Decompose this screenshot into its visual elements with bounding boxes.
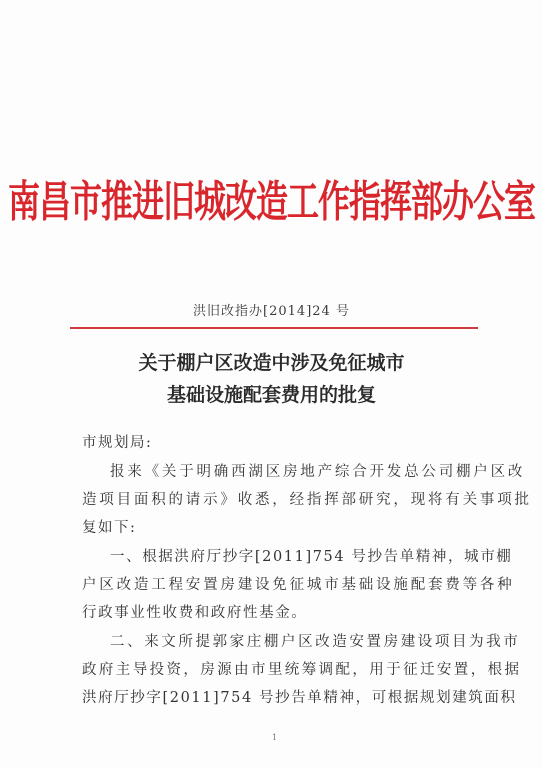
issuing-organization-header: 南昌市推进旧城改造工作指挥部办公室 <box>0 168 543 230</box>
document-number: 洪旧改指办[2014]24 号 <box>0 300 543 319</box>
body-line: 洪府厅抄字[2011]754 号抄告单精神，可根据规划建筑面积 <box>82 686 482 707</box>
document-title-line-2: 基础设施配套费用的批复 <box>0 380 543 407</box>
document-page: 南昌市推进旧城改造工作指挥部办公室 洪旧改指办[2014]24 号 关于棚户区改… <box>0 0 543 768</box>
body-line: 造项目面积的请示》收悉，经指挥部研究，现将有关事项批 <box>82 488 482 509</box>
body-line: 复如下: <box>82 516 482 537</box>
page-number: 1 <box>272 733 277 742</box>
body-line: 报来《关于明确西湖区房地产综合开发总公司棚户区改 <box>110 460 510 481</box>
body-line: 一、根据洪府厅抄字[2011]754 号抄告单精神，城市棚 <box>110 545 510 566</box>
body-line: 政府主导投资，房源由市里统筹调配，用于征迁安置，根据 <box>82 658 482 679</box>
body-line: 户区改造工程安置房建设免征城市基础设施配套费等各种 <box>82 573 482 594</box>
body-line: 二、来文所提郭家庄棚户区改造安置房建设项目为我市 <box>110 630 510 651</box>
red-divider-line <box>70 327 478 329</box>
document-title-line-1: 关于棚户区改造中涉及免征城市 <box>0 348 543 375</box>
body-line: 行政事业性收费和政府性基金。 <box>82 601 482 622</box>
addressee: 市规划局: <box>82 431 482 452</box>
